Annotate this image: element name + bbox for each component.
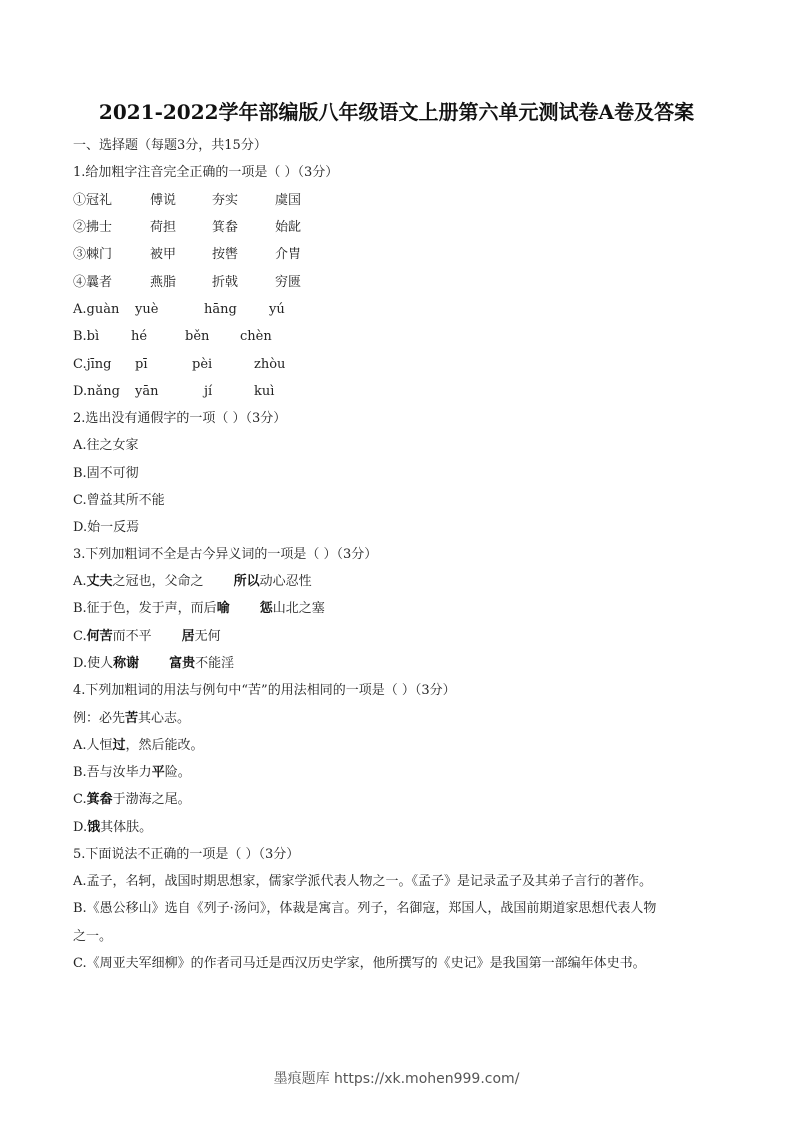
pinyin: pèi bbox=[192, 356, 212, 374]
bold-word: 富贵 bbox=[169, 656, 195, 671]
pinyin: yān bbox=[135, 383, 158, 401]
q1-item: 始龀 bbox=[275, 219, 301, 237]
pinyin: běn bbox=[185, 328, 209, 346]
q3-option-b: B.征于色，发于声，而后喻惩山北之塞 bbox=[73, 600, 573, 618]
pinyin: yuè bbox=[135, 301, 158, 319]
bold-word: 何苦 bbox=[87, 629, 113, 644]
text: 动心忍性 bbox=[260, 574, 312, 589]
bold-word: 苦 bbox=[125, 711, 138, 726]
q3-option-c: C.何苦而不平居无何 bbox=[73, 628, 573, 646]
bold-word: 惩 bbox=[260, 601, 273, 616]
q2-option-b: B.固不可彻 bbox=[73, 465, 139, 483]
bold-word: 丈夫 bbox=[87, 574, 113, 589]
q1-item: ②拂士 bbox=[73, 219, 112, 237]
q1-option-b: B.bì hé běn chèn bbox=[73, 328, 473, 346]
q1-item: 介胄 bbox=[275, 246, 301, 264]
text: 之冠也，父命之 bbox=[113, 574, 204, 589]
q5-option-b: B.《愚公移山》选自《列子·汤问》，体裁是寓言。列子，名御寇，郑国人，战国前期道… bbox=[73, 900, 656, 918]
bold-word: 称谢 bbox=[113, 656, 139, 671]
bold-word: 平 bbox=[152, 765, 165, 780]
q3-option-a: A.丈夫之冠也，父命之所以动心忍性 bbox=[73, 573, 573, 591]
q2-option-d: D.始一反焉 bbox=[73, 519, 139, 537]
section-heading: 一、选择题（每题3分，共15分） bbox=[73, 137, 267, 155]
q1-item: 夯实 bbox=[212, 192, 238, 210]
pinyin: jí bbox=[204, 383, 212, 401]
q1-option-c: C.jīng pī pèi zhòu bbox=[73, 356, 473, 374]
text: 例：必先 bbox=[73, 711, 125, 726]
q1-item: 折戟 bbox=[212, 274, 238, 292]
text: C. bbox=[73, 629, 87, 644]
pinyin: yú bbox=[269, 301, 285, 319]
document-title: 2021-2022学年部编版八年级语文上册第六单元测试卷A卷及答案 bbox=[0, 96, 793, 125]
text: 于渤海之尾。 bbox=[113, 792, 191, 807]
pinyin: kuì bbox=[254, 383, 274, 401]
q2-option-c: C.曾益其所不能 bbox=[73, 492, 165, 510]
question-2-stem: 2.选出没有通假字的一项（ ）（3分） bbox=[73, 410, 286, 428]
q1-row-4: ④曩者 燕脂 折戟 穷匮 bbox=[73, 274, 473, 292]
bold-word: 饿 bbox=[87, 820, 100, 835]
q4-option-b: B.吾与汝毕力平险。 bbox=[73, 764, 191, 782]
q1-item: ③棘门 bbox=[73, 246, 112, 264]
pinyin: hé bbox=[131, 328, 147, 346]
pinyin: chèn bbox=[240, 328, 272, 346]
bold-word: 过 bbox=[113, 738, 126, 753]
text: ，然后能改。 bbox=[126, 738, 204, 753]
q5-option-a: A.孟子，名轲，战国时期思想家，儒家学派代表人物之一。《孟子》是记录孟子及其弟子… bbox=[73, 873, 652, 891]
question-5-stem: 5.下面说法不正确的一项是（ ）（3分） bbox=[73, 846, 299, 864]
q3-option-d: D.使人称谢富贵不能淫 bbox=[73, 655, 573, 673]
text: 山北之塞 bbox=[273, 601, 325, 616]
q4-option-d: D.饿其体肤。 bbox=[73, 819, 152, 837]
q5-option-c: C.《周亚夫军细柳》的作者司马迁是西汉历史学家，他所撰写的《史记》是我国第一部编… bbox=[73, 955, 646, 973]
bold-word: 喻 bbox=[217, 601, 230, 616]
q1-item: 虞国 bbox=[275, 192, 301, 210]
pinyin: B.bì bbox=[73, 328, 99, 346]
q1-item: ④曩者 bbox=[73, 274, 112, 292]
question-1-stem: 1.给加粗字注音完全正确的一项是（ ）（3分） bbox=[73, 164, 338, 182]
bold-word: 居 bbox=[182, 629, 195, 644]
text: 无何 bbox=[195, 629, 221, 644]
q1-item: 按辔 bbox=[212, 246, 238, 264]
q1-row-2: ②拂士 荷担 箕畚 始龀 bbox=[73, 219, 473, 237]
text: 险。 bbox=[165, 765, 191, 780]
bold-word: 所以 bbox=[234, 574, 260, 589]
text: 其体肤。 bbox=[100, 820, 152, 835]
question-3-stem: 3.下列加粗词不全是古今异义词的一项是（ ）（3分） bbox=[73, 546, 377, 564]
question-4-stem: 4.下列加粗词的用法与例句中“苦”的用法相同的一项是（ ）（3分） bbox=[73, 682, 456, 700]
q1-option-a: A.guàn yuè hāng yú bbox=[73, 301, 473, 319]
q2-option-a: A.往之女家 bbox=[73, 437, 139, 455]
bold-word: 箕畚 bbox=[87, 792, 113, 807]
text: 其心志。 bbox=[138, 711, 190, 726]
pinyin: pī bbox=[135, 356, 147, 374]
text: 而不平 bbox=[113, 629, 152, 644]
q4-option-c: C.箕畚于渤海之尾。 bbox=[73, 791, 191, 809]
text: D. bbox=[73, 820, 87, 835]
q1-item: 穷匮 bbox=[275, 274, 301, 292]
text: 不能淫 bbox=[195, 656, 234, 671]
q4-example: 例：必先苦其心志。 bbox=[73, 710, 190, 728]
q4-option-a: A.人恒过，然后能改。 bbox=[73, 737, 204, 755]
q1-item: 荷担 bbox=[150, 219, 176, 237]
pinyin: zhòu bbox=[254, 356, 285, 374]
q1-item: 燕脂 bbox=[150, 274, 176, 292]
text: D.使人 bbox=[73, 656, 113, 671]
q1-item: ①冠礼 bbox=[73, 192, 112, 210]
q1-item: 箕畚 bbox=[212, 219, 238, 237]
q5-option-b-cont: 之一。 bbox=[73, 928, 112, 946]
text: A. bbox=[73, 574, 87, 589]
text: B.吾与汝毕力 bbox=[73, 765, 152, 780]
pinyin: A.guàn bbox=[73, 301, 119, 319]
pinyin: D.nǎng bbox=[73, 383, 120, 401]
text: B.征于色，发于声，而后 bbox=[73, 601, 217, 616]
q1-row-1: ①冠礼 傅说 夯实 虞国 bbox=[73, 192, 473, 210]
q1-row-3: ③棘门 被甲 按辔 介胄 bbox=[73, 246, 473, 264]
q1-item: 被甲 bbox=[150, 246, 176, 264]
q1-option-d: D.nǎng yān jí kuì bbox=[73, 383, 473, 401]
q1-item: 傅说 bbox=[150, 192, 176, 210]
pinyin: hāng bbox=[204, 301, 237, 319]
pinyin: C.jīng bbox=[73, 356, 112, 374]
watermark-footer: 墨痕题库 https://xk.mohen999.com/ bbox=[0, 1068, 793, 1088]
text: C. bbox=[73, 792, 87, 807]
text: A.人恒 bbox=[73, 738, 113, 753]
